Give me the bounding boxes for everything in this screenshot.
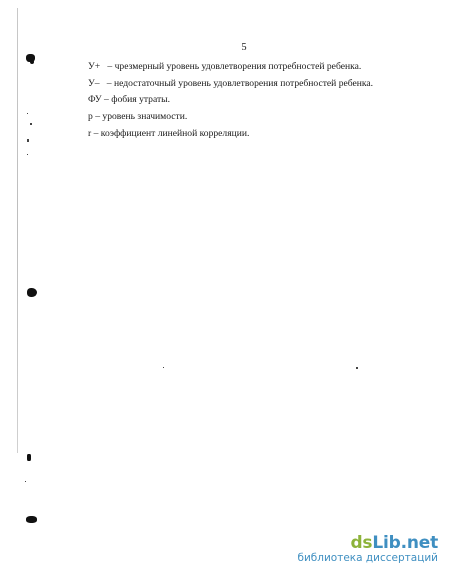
scan-artifact-dot — [356, 367, 358, 369]
logo-ds: ds — [350, 533, 372, 553]
scan-artifact-blot — [26, 516, 37, 523]
definitions-list: У+ – чрезмерный уровень удовлетворения п… — [88, 60, 373, 143]
logo-net: .net — [401, 533, 438, 553]
scan-artifact-dot — [30, 123, 32, 125]
scan-artifact-dot — [25, 481, 26, 482]
page-number: 5 — [0, 42, 450, 53]
logo-lib: Lib — [372, 533, 400, 553]
scan-artifact-dot — [163, 367, 164, 368]
scan-artifact-blot — [30, 60, 34, 64]
definition-r: r – коэффициент линейной корреляции. — [88, 127, 373, 144]
definition-u-plus: У+ – чрезмерный уровень удовлетворения п… — [88, 60, 373, 77]
scan-margin-line — [17, 8, 18, 453]
definition-fu: ФУ – фобия утраты. — [88, 93, 373, 110]
dslib-subtitle: библиотека диссертаций — [297, 552, 438, 564]
dslib-watermark[interactable]: dsLib.net библиотека диссертаций — [297, 533, 438, 564]
scan-artifact-blot — [27, 454, 31, 461]
definition-u-minus: У– – недостаточный уровень удовлетворени… — [88, 77, 373, 94]
definition-p: р – уровень значимости. — [88, 110, 373, 127]
scan-artifact-dot — [27, 139, 29, 142]
scan-artifact-dot — [27, 113, 28, 114]
scan-artifact-blot — [27, 288, 37, 297]
dslib-logo: dsLib.net — [297, 533, 438, 553]
scan-artifact-dot — [27, 154, 28, 155]
